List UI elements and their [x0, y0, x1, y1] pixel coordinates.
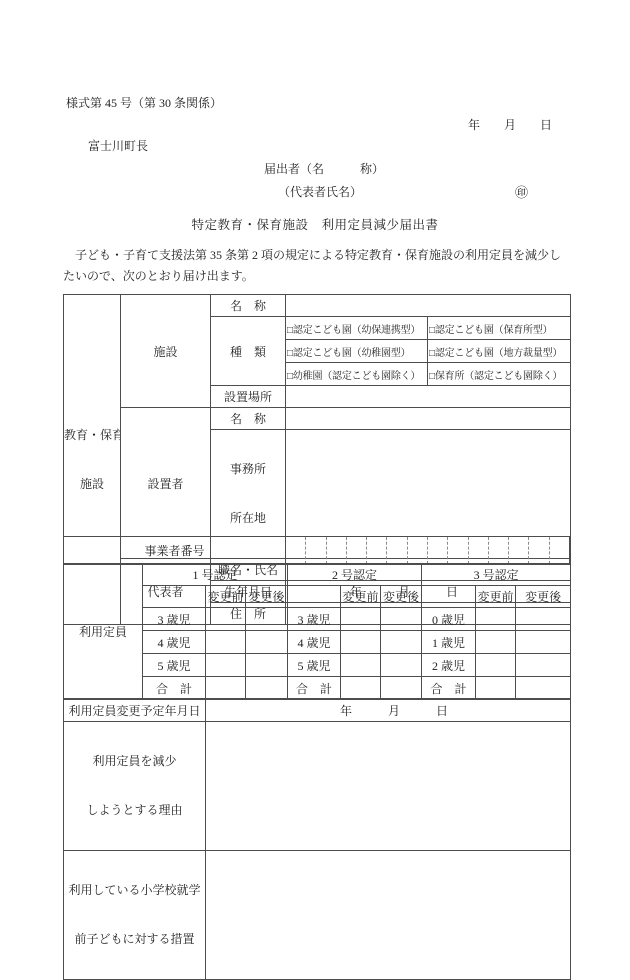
provider-number-digit-cell — [387, 537, 407, 565]
capacity-value-cell — [341, 631, 381, 654]
capacity-age-header-cell — [143, 586, 206, 608]
capacity-age-header-cell — [422, 586, 476, 608]
capacity-value-cell — [246, 608, 288, 631]
type-option-label: 認定こども園（幼稚園型） — [293, 348, 411, 359]
reason-label-line2: しようとする理由 — [64, 801, 205, 820]
provider-number-digit-cell — [367, 537, 387, 565]
capacity-group1-header: 1 号認定 — [143, 564, 288, 586]
age-row-label: 3 歳児 — [143, 608, 206, 631]
age-row-label: 1 歳児 — [422, 631, 476, 654]
type-option-label: 認定こども園（地方裁量型） — [435, 348, 562, 359]
capacity-label: 利用定員 — [64, 564, 143, 700]
total-row-label: 合 計 — [143, 677, 206, 700]
capacity-value-cell — [206, 631, 246, 654]
form-number: 様式第 45 号（第 30 条関係） — [66, 94, 222, 111]
office-address-label-line1: 事務所 — [211, 460, 285, 479]
capacity-value-cell — [516, 608, 571, 631]
location-label: 設置場所 — [211, 386, 286, 408]
after-header: 変更後 — [381, 586, 422, 608]
capacity-value-cell — [516, 677, 571, 700]
reason-label-line1: 利用定員を減少 — [64, 752, 205, 771]
capacity-value-cell — [206, 677, 246, 700]
before-header: 変更前 — [476, 586, 516, 608]
age-row-label: 0 歳児 — [422, 608, 476, 631]
form-page: 様式第 45 号（第 30 条関係） 年 月 日 富士川町長 届出者（名 称） … — [0, 0, 630, 903]
capacity-value-cell — [246, 677, 288, 700]
bottom-table: 利用定員変更予定年月日 年 月 日 利用定員を減少 しようとする理由 利用してい… — [63, 698, 571, 980]
after-header: 変更後 — [516, 586, 571, 608]
type-option-label: 保育所（認定こども園除く） — [435, 371, 562, 382]
age-row-label: 4 歳児 — [143, 631, 206, 654]
change-date-label: 利用定員変更予定年月日 — [64, 699, 206, 722]
measures-label-line2: 前子どもに対する措置 — [64, 930, 205, 949]
after-header: 変更後 — [246, 586, 288, 608]
provider-number-digit-cell — [427, 537, 447, 565]
provider-number-digit-cell — [306, 537, 326, 565]
facility-group-label-line2: 施設 — [64, 475, 120, 494]
provider-number-digit-cell — [407, 537, 427, 565]
type-option-cell: □保育所（認定こども園除く） — [428, 363, 571, 386]
capacity-group3-header: 3 号認定 — [422, 564, 571, 586]
applicant-label: 届出者（名 称） — [264, 160, 384, 177]
subgroup-facility-label: 施設 — [121, 295, 211, 408]
type-option-cell: □認定こども園（幼保連携型） — [286, 317, 428, 340]
reason-value-cell — [206, 722, 571, 851]
age-row-label: 5 歳児 — [143, 654, 206, 677]
capacity-value-cell — [341, 677, 381, 700]
before-header: 変更前 — [341, 586, 381, 608]
capacity-value-cell — [516, 631, 571, 654]
date-line: 年 月 日 — [468, 116, 552, 133]
provider-number-table: 事業者番号 — [63, 536, 570, 565]
capacity-value-cell — [341, 654, 381, 677]
capacity-value-cell — [476, 677, 516, 700]
capacity-value-cell — [206, 608, 246, 631]
type-option-label: 認定こども園（保育所型） — [435, 325, 553, 336]
seal-icon: ㊞ — [515, 182, 528, 201]
office-address-label-line2: 所在地 — [211, 509, 285, 528]
capacity-value-cell — [246, 631, 288, 654]
capacity-group2-header: 2 号認定 — [288, 564, 422, 586]
before-header: 変更前 — [206, 586, 246, 608]
founder-name-value-cell — [286, 408, 571, 430]
provider-number-digit-cell — [468, 537, 488, 565]
capacity-value-cell — [246, 654, 288, 677]
provider-number-digit-cell — [509, 537, 529, 565]
intro-line1: 子ども・子育て支援法第 35 条第 2 項の規定による特定教育・保育施設の利用定… — [63, 248, 561, 262]
capacity-value-cell — [381, 654, 422, 677]
provider-number-digit-cell — [488, 537, 508, 565]
type-option-cell: □認定こども園（保育所型） — [428, 317, 571, 340]
provider-number-digit-cell — [448, 537, 468, 565]
provider-number-digit-cell — [286, 537, 306, 565]
facility-name-value-cell — [286, 295, 571, 317]
reason-label: 利用定員を減少 しようとする理由 — [64, 722, 206, 851]
age-row-label: 3 歳児 — [288, 608, 341, 631]
founder-name-label: 名 称 — [211, 408, 286, 430]
representative-label: （代表者氏名） — [278, 183, 362, 200]
facility-name-label: 名 称 — [211, 295, 286, 317]
facility-group-label-line1: 教育・保育 — [64, 426, 120, 445]
addressee: 富士川町長 — [88, 137, 148, 154]
capacity-value-cell — [476, 608, 516, 631]
capacity-value-cell — [381, 631, 422, 654]
capacity-value-cell — [381, 677, 422, 700]
capacity-value-cell — [476, 654, 516, 677]
age-row-label: 4 歳児 — [288, 631, 341, 654]
type-option-label: 認定こども園（幼保連携型） — [293, 325, 420, 336]
type-option-cell: □認定こども園（地方裁量型） — [428, 340, 571, 363]
intro-line2: たいので、次のとおり届け出ます。 — [63, 269, 254, 283]
provider-number-digit-cell — [326, 537, 346, 565]
provider-number-digit-cell — [346, 537, 366, 565]
age-row-label: 2 歳児 — [422, 654, 476, 677]
capacity-table: 利用定員 1 号認定 2 号認定 3 号認定 変更前 変更後 変更前 変更後 変… — [63, 563, 571, 700]
form-title: 特定教育・保育施設 利用定員減少届出書 — [0, 215, 630, 233]
location-value-cell — [286, 386, 571, 408]
type-option-cell: □幼稚園（認定こども園除く） — [286, 363, 428, 386]
type-option-label: 幼稚園（認定こども園除く） — [293, 371, 420, 382]
facility-type-label: 種 類 — [211, 317, 286, 386]
total-row-label: 合 計 — [422, 677, 476, 700]
age-row-label: 5 歳児 — [288, 654, 341, 677]
total-row-label: 合 計 — [288, 677, 341, 700]
provider-number-digit-cell — [529, 537, 549, 565]
capacity-value-cell — [516, 654, 571, 677]
capacity-value-cell — [341, 608, 381, 631]
capacity-value-cell — [206, 654, 246, 677]
measures-label: 利用している小学校就学 前子どもに対する措置 — [64, 851, 206, 980]
provider-number-label: 事業者番号 — [64, 537, 286, 565]
intro-paragraph: 子ども・子育て支援法第 35 条第 2 項の規定による特定教育・保育施設の利用定… — [63, 245, 573, 287]
provider-number-digit-cell — [549, 537, 569, 565]
measures-value-cell — [206, 851, 571, 980]
capacity-value-cell — [476, 631, 516, 654]
type-option-cell: □認定こども園（幼稚園型） — [286, 340, 428, 363]
capacity-value-cell — [381, 608, 422, 631]
capacity-age-header-cell — [288, 586, 341, 608]
measures-label-line1: 利用している小学校就学 — [64, 881, 205, 900]
change-date-value-cell: 年 月 日 — [206, 699, 571, 722]
